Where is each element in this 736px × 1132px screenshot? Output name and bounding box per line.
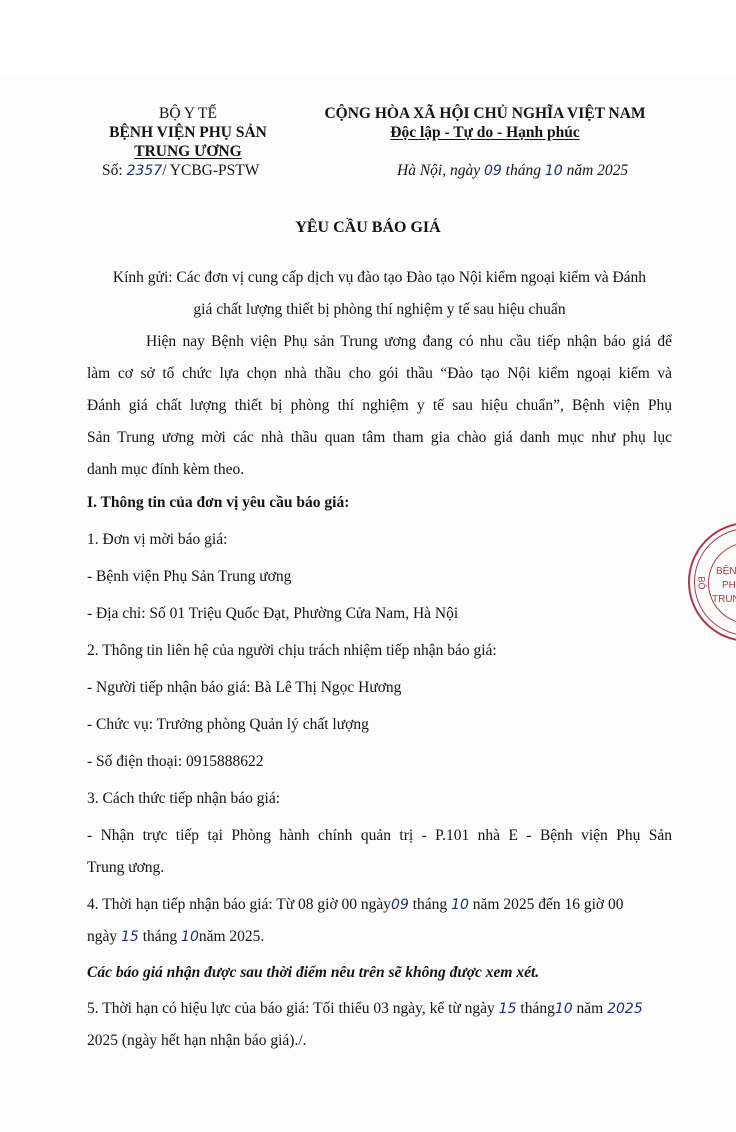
- intro-line: Sản Trung ương mời các nhà thầu quan tâm…: [87, 422, 672, 454]
- item2-person: - Người tiếp nhận báo giá: Bà Lê Thị Ngọ…: [87, 672, 672, 704]
- date-month-handwritten: 10: [545, 163, 563, 179]
- document-number: Số: 2357/ YCBG-PSTW: [88, 161, 288, 181]
- item4-month-label2: tháng: [143, 928, 177, 945]
- item2-label: 2. Thông tin liên hệ của người chịu trác…: [87, 635, 672, 667]
- item5-day-handwritten: 15: [499, 1001, 517, 1017]
- item4-line1: 4. Thời hạn tiếp nhận báo giá: Từ 08 giờ…: [87, 889, 672, 921]
- addressee: Kính gửi: Các đơn vị cung cấp dịch vụ đà…: [87, 262, 672, 326]
- late-submission-notice: Các báo giá nhận được sau thời điểm nêu …: [87, 957, 672, 989]
- issue-date: Hà Nội, ngày 09 tháng 10 năm 2025: [397, 162, 628, 180]
- item5-month-handwritten: 10: [555, 1001, 573, 1017]
- date-month-label: tháng: [506, 162, 541, 179]
- item4-start-month-handwritten: 10: [451, 897, 469, 913]
- national-header: CỘNG HÒA XÃ HỘI CHỦ NGHĨA VIỆT NAM Độc l…: [305, 104, 665, 142]
- intro-line: Đánh giá chất lượng thiết bị phòng thí n…: [87, 390, 672, 422]
- item2-phone: - Số điện thoại: 0915888622: [87, 746, 672, 778]
- item3-label: 3. Cách thức tiếp nhận báo giá:: [87, 783, 672, 815]
- hospital-name-line1: BỆNH VIỆN PHỤ SẢN: [88, 123, 288, 142]
- section-requester-info: I. Thông tin của đơn vị yêu cầu báo giá:…: [87, 487, 672, 1057]
- document-title: YÊU CẦU BÁO GIÁ: [0, 219, 736, 237]
- item5-year-handwritten: 2025: [607, 1001, 643, 1017]
- doc-no-label: Số:: [102, 162, 123, 179]
- addressee-line2: giá chất lượng thiết bị phòng thí nghiệm…: [87, 294, 672, 326]
- item3-line1: - Nhận trực tiếp tại Phòng hành chính qu…: [87, 820, 672, 852]
- item1-name: - Bệnh viện Phụ Sản Trung ương: [87, 561, 672, 593]
- section-heading: I. Thông tin của đơn vị yêu cầu báo giá:: [87, 487, 672, 519]
- stamp-text-line3: TRUN: [712, 594, 736, 606]
- stamp-text-line2: PH: [722, 580, 736, 592]
- date-prefix: Hà Nội, ngày: [397, 162, 480, 179]
- item5-year-label: năm: [577, 1000, 604, 1017]
- item4-line2: ngày 15 tháng 10năm 2025.: [87, 921, 672, 953]
- item1-address: - Địa chỉ: Số 01 Triệu Quốc Đạt, Phường …: [87, 598, 672, 630]
- doc-no-suffix: / YCBG-PSTW: [162, 162, 259, 179]
- intro-line: danh mục đính kèm theo.: [87, 454, 672, 486]
- date-day-handwritten: 09: [484, 163, 502, 179]
- addressee-line1: Kính gửi: Các đơn vị cung cấp dịch vụ đà…: [87, 262, 672, 294]
- item4-line2-prefix: ngày: [87, 928, 117, 945]
- item2-position: - Chức vụ: Trưởng phòng Quản lý chất lượ…: [87, 709, 672, 741]
- intro-line: làm cơ sở tổ chức lựa chọn nhà thầu cho …: [87, 358, 672, 390]
- item5-prefix: 5. Thời hạn có hiệu lực của báo giá: Tối…: [87, 1000, 495, 1017]
- hospital-name-line2: TRUNG ƯƠNG: [88, 142, 288, 161]
- doc-no-handwritten: 2357: [127, 163, 163, 179]
- item3-line2: Trung ương.: [87, 852, 672, 884]
- issuer-header: BỘ Y TẾ BỆNH VIỆN PHỤ SẢN TRUNG ƯƠNG Số:…: [88, 104, 288, 181]
- date-year-label: năm 2025: [567, 162, 629, 179]
- intro-paragraph: Hiện nay Bệnh viện Phụ sản Trung ương đa…: [87, 326, 672, 486]
- item1-label: 1. Đơn vị mời báo giá:: [87, 524, 672, 556]
- nation-name: CỘNG HÒA XÃ HỘI CHỦ NGHĨA VIỆT NAM: [305, 104, 665, 123]
- item4-start-day-handwritten: 09: [391, 897, 409, 913]
- item4-month-label: tháng: [413, 896, 447, 913]
- item4-prefix: 4. Thời hạn tiếp nhận báo giá: Từ 08 giờ…: [87, 896, 391, 913]
- national-motto: Độc lập - Tự do - Hạnh phúc: [390, 124, 579, 141]
- intro-line: Hiện nay Bệnh viện Phụ sản Trung ương đa…: [87, 326, 672, 358]
- stamp-side-text: BỘ: [697, 576, 707, 589]
- item4-line2-suffix: năm 2025.: [199, 928, 264, 945]
- item4-end-month-handwritten: 10: [181, 929, 199, 945]
- item5-line2: 2025 (ngày hết hạn nhận báo giá)./.: [87, 1025, 672, 1057]
- item5-line1: 5. Thời hạn có hiệu lực của báo giá: Tối…: [87, 993, 672, 1025]
- item4-end-day-handwritten: 15: [121, 929, 139, 945]
- item4-mid: năm 2025 đến 16 giờ 00: [473, 896, 624, 913]
- ministry-name: BỘ Y TẾ: [88, 104, 288, 123]
- item5-month-label: tháng: [520, 1000, 554, 1017]
- stamp-text-line1: BỆN: [716, 566, 736, 578]
